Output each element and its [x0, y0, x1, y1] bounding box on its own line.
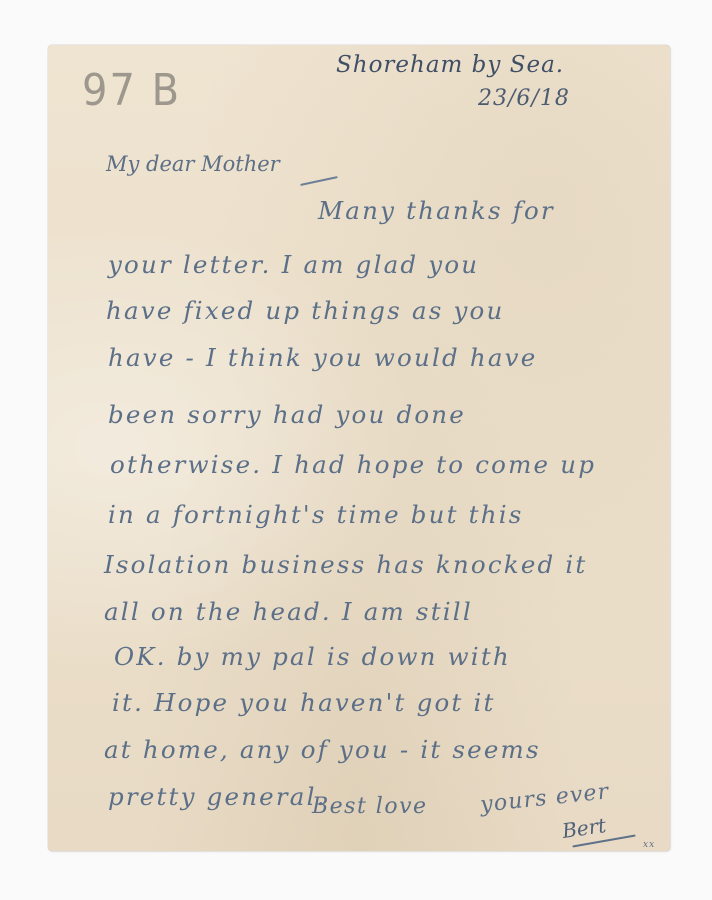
salutation: My dear Mother	[106, 152, 280, 176]
letter-date: 23/6/18	[478, 86, 570, 111]
body-line: pretty general.	[108, 782, 327, 811]
body-line: otherwise. I had hope to come up	[110, 450, 596, 479]
closing: Best love	[312, 794, 428, 819]
body-line: in a fortnight's time but this	[108, 500, 524, 529]
kisses: xx	[643, 840, 655, 850]
body-line: Isolation business has knocked it	[104, 550, 587, 579]
scan-page: 97 B Shoreham by Sea. 23/6/18 My dear Mo…	[0, 0, 712, 900]
body-line: it. Hope you haven't got it	[112, 688, 496, 717]
body-line: been sorry had you done	[108, 400, 466, 429]
body-line: OK. by my pal is down with	[114, 642, 511, 671]
body-line: all on the head. I am still	[104, 597, 473, 626]
body-line: Many thanks for	[318, 196, 555, 225]
body-line: at home, any of you - it seems	[104, 735, 541, 764]
archive-mark: 97 B	[82, 66, 181, 116]
body-line: have fixed up things as you	[106, 296, 504, 325]
body-line: your letter. I am glad you	[108, 250, 479, 279]
letter-place: Shoreham by Sea.	[336, 52, 564, 78]
body-line: have - I think you would have	[108, 343, 537, 372]
